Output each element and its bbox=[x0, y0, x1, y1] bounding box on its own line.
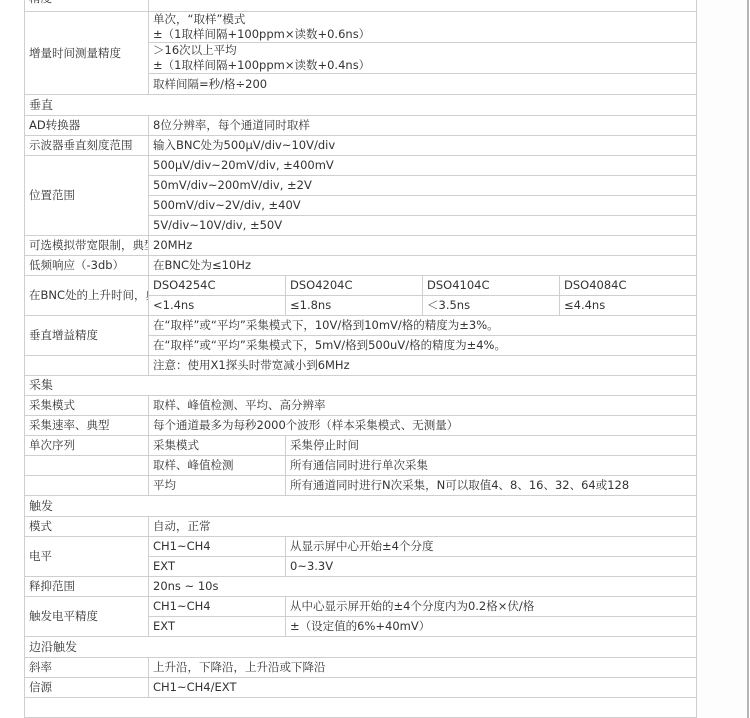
row-label: 单次序列 bbox=[25, 436, 149, 456]
table-row: 模式 自动，正常 bbox=[25, 517, 697, 537]
table-row: 释抑范围 20ns ~ 10s bbox=[25, 577, 697, 597]
spec-value: 50mV/div~200mV/div, ±2V bbox=[149, 176, 697, 196]
spec-value: 所有通道同时进行N次采集，N可以取值4、8、16、32、64或128 bbox=[286, 476, 697, 496]
table-row: 可选模拟带宽限制，典型 20MHz bbox=[25, 236, 697, 256]
table-row: 精度 bbox=[25, 0, 697, 12]
table-row: 信源 CH1~CH4/EXT bbox=[25, 678, 697, 698]
channel: EXT bbox=[149, 617, 286, 637]
spec-value: 在“取样”或“平均”采集模式下，10V/格到10mV/格的精度为±3%。 bbox=[149, 316, 697, 336]
note: 注意：使用X1探头时带宽减小到6MHz bbox=[149, 356, 697, 376]
table-row: 垂直增益精度 在“取样”或“平均”采集模式下，10V/格到10mV/格的精度为±… bbox=[25, 316, 697, 336]
spec-value: 500mV/div~2V/div, ±40V bbox=[149, 196, 697, 216]
column-header: 采集停止时间 bbox=[286, 436, 697, 456]
spec-value: 取样间隔=秒/格÷200 bbox=[149, 74, 697, 95]
table-row bbox=[25, 698, 697, 718]
section-title: 边沿触发 bbox=[25, 637, 697, 658]
spec-value: 0~3.3V bbox=[286, 557, 697, 577]
spec-value: 平均 bbox=[149, 476, 286, 496]
model-name: DSO4104C bbox=[423, 276, 560, 296]
spec-value: 每个通道最多为每秒2000个波形（样本采集模式、无测量） bbox=[149, 416, 697, 436]
spec-value: 取样、峰值检测 bbox=[149, 456, 286, 476]
table-row: 斜率 上升沿，下降沿，上升沿或下降沿 bbox=[25, 658, 697, 678]
section-row: 触发 bbox=[25, 496, 697, 517]
channel: CH1~CH4 bbox=[149, 537, 286, 557]
row-label: 斜率 bbox=[25, 658, 149, 678]
row-label: 精度 bbox=[25, 0, 149, 12]
table-row: 单次序列 采集模式 采集停止时间 bbox=[25, 436, 697, 456]
row-label: 采集模式 bbox=[25, 396, 149, 416]
row-label: 位置范围 bbox=[25, 156, 149, 236]
spec-table: 精度 增量时间测量精度 单次，“取样”模式 ±（1取样间隔+100ppm×读数+… bbox=[24, 0, 697, 718]
row-label: 示波器垂直刻度范围 bbox=[25, 136, 149, 156]
table-row: 平均 所有通道同时进行N次采集，N可以取值4、8、16、32、64或128 bbox=[25, 476, 697, 496]
section-title: 采集 bbox=[25, 376, 697, 396]
rise-time-value: ≤4.4ns bbox=[560, 296, 697, 316]
spec-value: 在BNC处为≤10Hz bbox=[149, 256, 697, 276]
spec-value: 自动，正常 bbox=[149, 517, 697, 537]
section-row: 垂直 bbox=[25, 95, 697, 116]
spec-value: 从中心显示屏开始的±4个分度内为0.2格×伏/格 bbox=[286, 597, 697, 617]
model-name: DSO4204C bbox=[286, 276, 423, 296]
channel: EXT bbox=[149, 557, 286, 577]
row-label: 触发电平精度 bbox=[25, 597, 149, 637]
row-label: 低频响应（-3db） bbox=[25, 256, 149, 276]
table-row: 电平 CH1~CH4 从显示屏中心开始±4个分度 bbox=[25, 537, 697, 557]
spec-value: 上升沿，下降沿，上升沿或下降沿 bbox=[149, 658, 697, 678]
table-row: 采集速率、典型 每个通道最多为每秒2000个波形（样本采集模式、无测量） bbox=[25, 416, 697, 436]
section-title: 触发 bbox=[25, 496, 697, 517]
spec-value: 8位分辨率，每个通道同时取样 bbox=[149, 116, 697, 136]
table-row: 触发电平精度 CH1~CH4 从中心显示屏开始的±4个分度内为0.2格×伏/格 bbox=[25, 597, 697, 617]
table-row: 注意：使用X1探头时带宽减小到6MHz bbox=[25, 356, 697, 376]
section-title: 垂直 bbox=[25, 95, 697, 116]
table-row: 在BNC处的上升时间，典型 DSO4254C DSO4204C DSO4104C… bbox=[25, 276, 697, 296]
row-label: 垂直增益精度 bbox=[25, 316, 149, 356]
row-label: 信源 bbox=[25, 678, 149, 698]
table-row: 增量时间测量精度 单次，“取样”模式 ±（1取样间隔+100ppm×读数+0.6… bbox=[25, 12, 697, 43]
spec-value: CH1~CH4/EXT bbox=[149, 678, 697, 698]
spec-value: 单次，“取样”模式 ±（1取样间隔+100ppm×读数+0.6ns） bbox=[149, 12, 697, 43]
table-row: 示波器垂直刻度范围 输入BNC处为500μV/div~10V/div bbox=[25, 136, 697, 156]
table-row: 采集模式 取样、峰值检测、平均、高分辨率 bbox=[25, 396, 697, 416]
row-label: 模式 bbox=[25, 517, 149, 537]
rise-time-value: <1.4ns bbox=[149, 296, 286, 316]
row-label: 释抑范围 bbox=[25, 577, 149, 597]
row-label: 增量时间测量精度 bbox=[25, 12, 149, 95]
table-row: 低频响应（-3db） 在BNC处为≤10Hz bbox=[25, 256, 697, 276]
section-row: 采集 bbox=[25, 376, 697, 396]
row-label: 采集速率、典型 bbox=[25, 416, 149, 436]
spec-value: 取样、峰值检测、平均、高分辨率 bbox=[149, 396, 697, 416]
spec-value: 所有通信同时进行单次采集 bbox=[286, 456, 697, 476]
section-row: 边沿触发 bbox=[25, 637, 697, 658]
spec-value: 20MHz bbox=[149, 236, 697, 256]
table-row: AD转换器 8位分辨率，每个通道同时取样 bbox=[25, 116, 697, 136]
page-border bbox=[747, 0, 749, 718]
column-header: 采集模式 bbox=[149, 436, 286, 456]
rise-time-value: ≤1.8ns bbox=[286, 296, 423, 316]
spec-value: 20ns ~ 10s bbox=[149, 577, 697, 597]
rise-time-value: ＜3.5ns bbox=[423, 296, 560, 316]
row-label: 电平 bbox=[25, 537, 149, 577]
spec-value: 从显示屏中心开始±4个分度 bbox=[286, 537, 697, 557]
row-label: AD转换器 bbox=[25, 116, 149, 136]
row-label: 可选模拟带宽限制，典型 bbox=[25, 236, 149, 256]
spec-value: 5V/div~10V/div, ±50V bbox=[149, 216, 697, 236]
row-label: 在BNC处的上升时间，典型 bbox=[25, 276, 149, 316]
spec-value: ＞16次以上平均 ±（1取样间隔+100ppm×读数+0.4ns） bbox=[149, 43, 697, 74]
model-name: DSO4254C bbox=[149, 276, 286, 296]
model-name: DSO4084C bbox=[560, 276, 697, 296]
spec-value: ±（设定值的6%+40mV） bbox=[286, 617, 697, 637]
spec-value: 输入BNC处为500μV/div~10V/div bbox=[149, 136, 697, 156]
channel: CH1~CH4 bbox=[149, 597, 286, 617]
spec-value: 在“取样”或“平均”采集模式下，5mV/格到500uV/格的精度为±4%。 bbox=[149, 336, 697, 356]
spec-value: 500μV/div~20mV/div, ±400mV bbox=[149, 156, 697, 176]
table-row: 位置范围 500μV/div~20mV/div, ±400mV bbox=[25, 156, 697, 176]
page-margin bbox=[697, 0, 747, 718]
table-row: 取样、峰值检测 所有通信同时进行单次采集 bbox=[25, 456, 697, 476]
